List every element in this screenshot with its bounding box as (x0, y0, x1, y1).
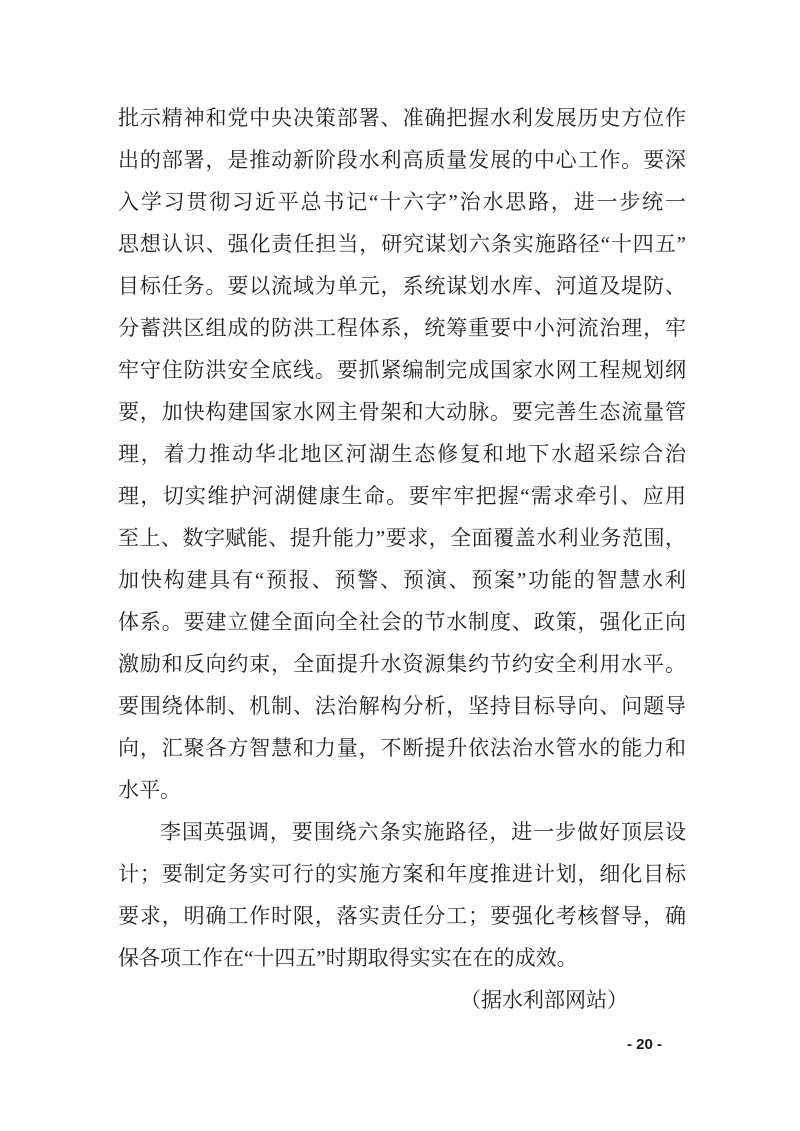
article-body: 批示精神和党中央决策部署、准确把握水利发展历史方位作 出的部署，是推动新阶段水利… (118, 97, 686, 1021)
page-number: - 20 - (627, 1035, 662, 1055)
body-line: 批示精神和党中央决策部署、准确把握水利发展历史方位作 (118, 97, 686, 139)
body-line: 至上、数字赋能、提升能力”要求，全面覆盖水利业务范围， (118, 517, 686, 559)
body-line: 入学习贯彻习近平总书记“十六字”治水思路，进一步统一 (118, 181, 686, 223)
body-line: 保各项工作在“十四五”时期取得实实在在的成效。 (118, 937, 686, 979)
body-line: 水平。 (118, 769, 686, 811)
body-line: 理，着力推动华北地区河湖生态修复和地下水超采综合治 (118, 433, 686, 475)
body-line: 激励和反向约束，全面提升水资源集约节约安全利用水平。 (118, 643, 686, 685)
body-line: 牢守住防洪安全底线。要抓紧编制完成国家水网工程规划纲 (118, 349, 686, 391)
body-line: 思想认识、强化责任担当，研究谋划六条实施路径“十四五” (118, 223, 686, 265)
source-attribution: （据水利部网站） (118, 979, 686, 1021)
body-line: 要围绕体制、机制、法治解构分析，坚持目标导向、问题导 (118, 685, 686, 727)
body-line: 李国英强调，要围绕六条实施路径，进一步做好顶层设 (118, 811, 686, 853)
body-line: 向，汇聚各方智慧和力量，不断提升依法治水管水的能力和 (118, 727, 686, 769)
body-line: 理，切实维护河湖健康生命。要牢牢把握“需求牵引、应用 (118, 475, 686, 517)
body-line: 要求，明确工作时限，落实责任分工；要强化考核督导，确 (118, 895, 686, 937)
body-line: 加快构建具有“预报、预警、预演、预案”功能的智慧水利 (118, 559, 686, 601)
body-line: 计；要制定务实可行的实施方案和年度推进计划，细化目标 (118, 853, 686, 895)
body-line: 分蓄洪区组成的防洪工程体系，统筹重要中小河流治理，牢 (118, 307, 686, 349)
body-line: 出的部署，是推动新阶段水利高质量发展的中心工作。要深 (118, 139, 686, 181)
body-line: 要，加快构建国家水网主骨架和大动脉。要完善生态流量管 (118, 391, 686, 433)
body-line: 目标任务。要以流域为单元，系统谋划水库、河道及堤防、 (118, 265, 686, 307)
body-line: 体系。要建立健全面向全社会的节水制度、政策，强化正向 (118, 601, 686, 643)
document-page: 批示精神和党中央决策部署、准确把握水利发展历史方位作 出的部署，是推动新阶段水利… (0, 0, 800, 1131)
